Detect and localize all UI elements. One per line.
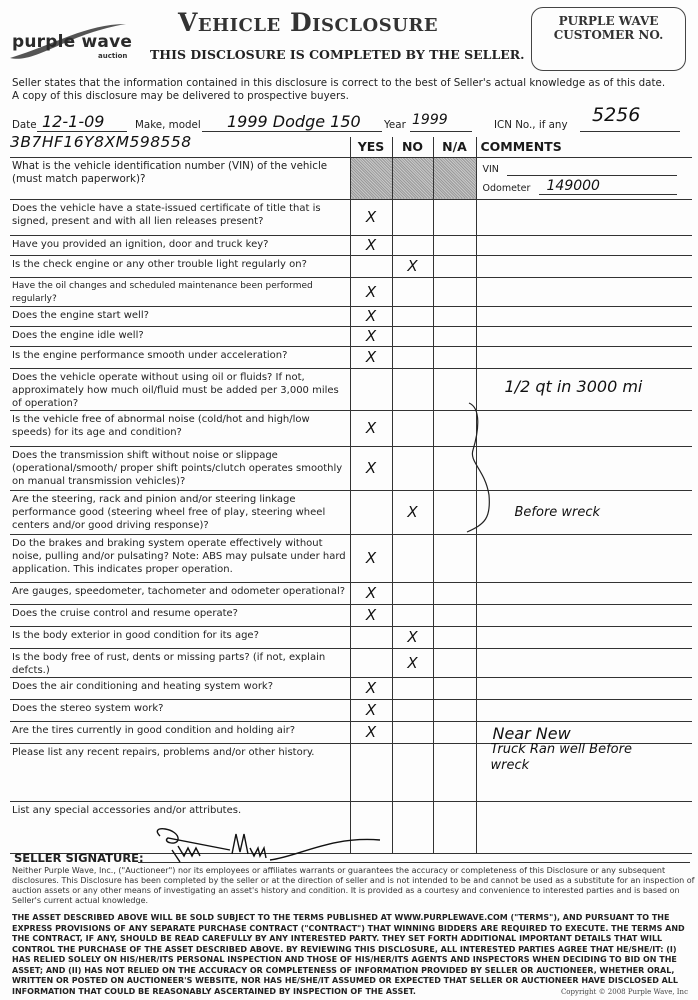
yes-checkbox[interactable]: X — [350, 346, 392, 368]
intro-line-1: Seller states that the information conta… — [12, 77, 697, 90]
icn-label: ICN No., if any — [494, 119, 568, 131]
page-subtitle: THIS DISCLOSURE IS COMPLETED BY THE SELL… — [150, 47, 525, 62]
copyright-text: Copyright © 2008 Purple Wave, Inc — [561, 988, 688, 996]
question-text: Does the vehicle operate without using o… — [10, 368, 350, 410]
question-text: Is the check engine or any other trouble… — [10, 255, 350, 277]
icn-underline — [580, 131, 680, 132]
year-field[interactable]: 1999 — [412, 112, 448, 128]
make-underline — [202, 131, 382, 132]
table-row: Have you provided an ignition, door and … — [10, 235, 692, 255]
na-checkbox[interactable] — [433, 534, 476, 582]
no-checkbox[interactable] — [392, 235, 433, 255]
vin-label: VIN — [483, 164, 499, 175]
question-text: Does the transmission shift without nois… — [10, 446, 350, 490]
comment-cell[interactable] — [476, 699, 692, 721]
comment-cell[interactable] — [476, 326, 692, 346]
comment-cell[interactable] — [476, 410, 692, 446]
date-field[interactable]: 12-1-09 — [42, 112, 104, 131]
na-checkbox[interactable] — [433, 743, 476, 801]
odometer-underline — [539, 194, 677, 195]
check-mark: X — [366, 307, 376, 325]
vehicle-fields: Date 12-1-09 Make, model 1999 Dodge 150 … — [12, 110, 692, 134]
check-mark: X — [366, 549, 376, 567]
date-underline — [37, 131, 127, 132]
question-text: Does the cruise control and resume opera… — [10, 604, 350, 626]
question-text: Have you provided an ignition, door and … — [10, 235, 350, 255]
year-label: Year — [384, 119, 406, 131]
table-row: Does the air conditioning and heating sy… — [10, 677, 692, 699]
no-checkbox[interactable] — [392, 306, 433, 326]
yes-checkbox[interactable]: X — [350, 277, 392, 306]
yes-checkbox[interactable]: X — [350, 235, 392, 255]
disclaimer-text: Neither Purple Wave, Inc., ("Auctioneer"… — [12, 866, 696, 906]
yes-checkbox[interactable] — [350, 648, 392, 677]
comment-cell[interactable] — [476, 446, 692, 490]
logo-subtext: auction — [98, 52, 127, 60]
no-checkbox[interactable] — [392, 410, 433, 446]
check-mark: X — [366, 283, 376, 301]
check-mark: X — [407, 503, 417, 521]
comment-text: Near New — [493, 724, 571, 743]
no-checkbox[interactable] — [392, 326, 433, 346]
question-text: Are the steering, rack and pinion and/or… — [10, 490, 350, 534]
logo-text: purple wave — [12, 32, 132, 52]
na-checkbox[interactable] — [433, 326, 476, 346]
no-checkbox[interactable] — [392, 582, 433, 604]
disclosure-table: 3B7HF16Y8XM598558 YES NO N/A COMMENTS Wh… — [10, 137, 692, 854]
table-row: Are gauges, speedometer, tachometer and … — [10, 582, 692, 604]
no-checkbox[interactable] — [392, 743, 433, 801]
shaded-cell — [392, 157, 433, 199]
na-checkbox[interactable] — [433, 235, 476, 255]
no-checkbox[interactable] — [392, 699, 433, 721]
comment-text: Truck Ran well Before wreck — [491, 742, 661, 774]
na-checkbox[interactable] — [433, 648, 476, 677]
na-checkbox[interactable] — [433, 277, 476, 306]
odometer-label: Odometer — [483, 183, 531, 194]
table-row: Does the stereo system work?X — [10, 699, 692, 721]
check-mark: X — [366, 348, 376, 366]
date-label: Date — [12, 119, 37, 131]
comment-cell[interactable] — [476, 801, 692, 853]
question-text: Please list any recent repairs, problems… — [10, 743, 350, 801]
vin-handwritten-cell: 3B7HF16Y8XM598558 — [10, 137, 350, 157]
table-header-row: 3B7HF16Y8XM598558 YES NO N/A COMMENTS — [10, 137, 692, 157]
comment-cell[interactable]: Before wreck — [476, 490, 692, 534]
yes-checkbox[interactable]: X — [350, 604, 392, 626]
yes-checkbox[interactable]: X — [350, 699, 392, 721]
customer-box-label-2: CUSTOMER NO. — [532, 28, 685, 42]
table-row: Is the vehicle free of abnormal noise (c… — [10, 410, 692, 446]
table-row: Does the engine idle well?X — [10, 326, 692, 346]
table-row: Is the body exterior in good condition f… — [10, 626, 692, 648]
yes-checkbox[interactable]: X — [350, 199, 392, 235]
check-mark: X — [366, 419, 376, 437]
na-checkbox[interactable] — [433, 604, 476, 626]
yes-checkbox[interactable] — [350, 743, 392, 801]
comment-cell[interactable]: 1/2 qt in 3000 mi — [476, 368, 692, 410]
question-text: Are the tires currently in good conditio… — [10, 721, 350, 743]
check-mark: X — [407, 654, 417, 672]
table-row: Does the engine start well?X — [10, 306, 692, 326]
page-title: Vehicle Disclosure — [178, 8, 438, 37]
table-row: Is the body free of rust, dents or missi… — [10, 648, 692, 677]
check-mark: X — [366, 327, 376, 345]
no-checkbox[interactable] — [392, 604, 433, 626]
na-checkbox[interactable] — [433, 199, 476, 235]
vin-handwritten[interactable]: 3B7HF16Y8XM598558 — [10, 136, 192, 149]
vin-odometer-cell: VIN Odometer 149000 — [476, 157, 692, 199]
shaded-cell — [433, 157, 476, 199]
no-checkbox[interactable] — [392, 346, 433, 368]
customer-number-box[interactable]: PURPLE WAVE CUSTOMER NO. — [531, 7, 686, 71]
comment-text: Before wreck — [515, 505, 601, 520]
check-mark: X — [366, 701, 376, 719]
comment-cell[interactable] — [476, 255, 692, 277]
header-na: N/A — [433, 137, 476, 157]
comment-cell[interactable] — [476, 306, 692, 326]
yes-checkbox[interactable]: X — [350, 721, 392, 743]
question-text: Is the body free of rust, dents or missi… — [10, 648, 350, 677]
yes-checkbox[interactable] — [350, 368, 392, 410]
no-checkbox[interactable] — [392, 534, 433, 582]
no-checkbox[interactable]: X — [392, 626, 433, 648]
comment-cell[interactable]: Truck Ran well Before wreck — [476, 743, 692, 801]
no-checkbox[interactable]: X — [392, 490, 433, 534]
header-yes: YES — [350, 137, 392, 157]
no-checkbox[interactable]: X — [392, 255, 433, 277]
yes-checkbox[interactable]: X — [350, 534, 392, 582]
question-text: Does the stereo system work? — [10, 699, 350, 721]
no-checkbox[interactable] — [392, 677, 433, 699]
comment-cell[interactable] — [476, 199, 692, 235]
question-text: Does the vehicle have a state-issued cer… — [10, 199, 350, 235]
comment-cell[interactable] — [476, 534, 692, 582]
yes-checkbox[interactable] — [350, 255, 392, 277]
shaded-cell — [350, 157, 392, 199]
table-row: Are the tires currently in good conditio… — [10, 721, 692, 743]
na-checkbox[interactable] — [433, 677, 476, 699]
brace-annotation-icon — [465, 400, 505, 540]
comment-cell[interactable] — [476, 604, 692, 626]
question-text: Does the engine start well? — [10, 306, 350, 326]
comment-cell[interactable] — [476, 235, 692, 255]
yes-checkbox[interactable]: X — [350, 582, 392, 604]
comment-cell[interactable] — [476, 677, 692, 699]
check-mark: X — [407, 628, 417, 646]
yes-checkbox[interactable] — [350, 490, 392, 534]
na-checkbox[interactable] — [433, 255, 476, 277]
comment-cell[interactable] — [476, 346, 692, 368]
purple-wave-logo: purple wave auction — [6, 14, 136, 62]
yes-checkbox[interactable]: X — [350, 306, 392, 326]
check-mark: X — [366, 236, 376, 254]
table-row-vin: What is the vehicle identification numbe… — [10, 157, 692, 199]
table-row: Does the vehicle operate without using o… — [10, 368, 692, 410]
intro-statement: Seller states that the information conta… — [12, 77, 697, 103]
comment-cell[interactable] — [476, 582, 692, 604]
check-mark: X — [407, 257, 417, 275]
check-mark: X — [366, 208, 376, 226]
terms-text: THE ASSET DESCRIBED ABOVE WILL BE SOLD S… — [12, 913, 696, 997]
make-model-field[interactable]: 1999 Dodge 150 — [227, 112, 361, 131]
question-text: What is the vehicle identification numbe… — [10, 157, 350, 199]
question-text: Is the body exterior in good condition f… — [10, 626, 350, 648]
comment-text: 1/2 qt in 3000 mi — [505, 377, 643, 396]
question-text: Is the engine performance smooth under a… — [10, 346, 350, 368]
question-text: Does the air conditioning and heating sy… — [10, 677, 350, 699]
icn-field[interactable]: 5256 — [592, 104, 640, 126]
table-row: Have the oil changes and scheduled maint… — [10, 277, 692, 306]
na-checkbox[interactable] — [433, 699, 476, 721]
table-row: Is the check engine or any other trouble… — [10, 255, 692, 277]
yes-checkbox[interactable]: X — [350, 446, 392, 490]
question-text: Have the oil changes and scheduled maint… — [10, 277, 350, 306]
yes-checkbox[interactable] — [350, 626, 392, 648]
odometer-field[interactable]: 149000 — [547, 178, 600, 194]
na-checkbox[interactable] — [433, 306, 476, 326]
no-checkbox[interactable] — [392, 446, 433, 490]
no-checkbox[interactable]: X — [392, 648, 433, 677]
year-underline — [410, 131, 472, 132]
na-checkbox[interactable] — [433, 626, 476, 648]
make-model-label: Make, model — [135, 119, 201, 131]
table-row: Does the vehicle have a state-issued cer… — [10, 199, 692, 235]
comment-cell[interactable] — [476, 648, 692, 677]
na-checkbox[interactable] — [433, 801, 476, 853]
no-checkbox[interactable] — [392, 277, 433, 306]
check-mark: X — [366, 584, 376, 602]
seller-signature-label: SELLER SIGNATURE: — [14, 851, 144, 865]
yes-checkbox[interactable]: X — [350, 410, 392, 446]
no-checkbox[interactable] — [392, 199, 433, 235]
table-row: Does the cruise control and resume opera… — [10, 604, 692, 626]
check-mark: X — [366, 679, 376, 697]
check-mark: X — [366, 723, 376, 741]
check-mark: X — [366, 606, 376, 624]
question-text: Does the engine idle well? — [10, 326, 350, 346]
question-text: Do the brakes and braking system operate… — [10, 534, 350, 582]
no-checkbox[interactable] — [392, 368, 433, 410]
table-row: Does the transmission shift without nois… — [10, 446, 692, 490]
intro-line-2: A copy of this disclosure may be deliver… — [12, 90, 697, 103]
header-comments: COMMENTS — [476, 137, 692, 157]
vin-comment-field[interactable] — [507, 175, 677, 176]
yes-checkbox[interactable]: X — [350, 677, 392, 699]
na-checkbox[interactable] — [433, 582, 476, 604]
na-checkbox[interactable] — [433, 346, 476, 368]
check-mark: X — [366, 459, 376, 477]
comment-cell[interactable] — [476, 277, 692, 306]
question-text: Is the vehicle free of abnormal noise (c… — [10, 410, 350, 446]
no-checkbox[interactable] — [392, 721, 433, 743]
na-checkbox[interactable] — [433, 721, 476, 743]
table-row: Do the brakes and braking system operate… — [10, 534, 692, 582]
customer-box-label-1: PURPLE WAVE — [532, 14, 685, 28]
seller-signature-field[interactable] — [140, 826, 400, 866]
table-row: Is the engine performance smooth under a… — [10, 346, 692, 368]
comment-cell[interactable]: Near New — [476, 721, 692, 743]
yes-checkbox[interactable]: X — [350, 326, 392, 346]
table-row: Are the steering, rack and pinion and/or… — [10, 490, 692, 534]
comment-cell[interactable] — [476, 626, 692, 648]
header-no: NO — [392, 137, 433, 157]
question-text: Are gauges, speedometer, tachometer and … — [10, 582, 350, 604]
table-row: Please list any recent repairs, problems… — [10, 743, 692, 801]
